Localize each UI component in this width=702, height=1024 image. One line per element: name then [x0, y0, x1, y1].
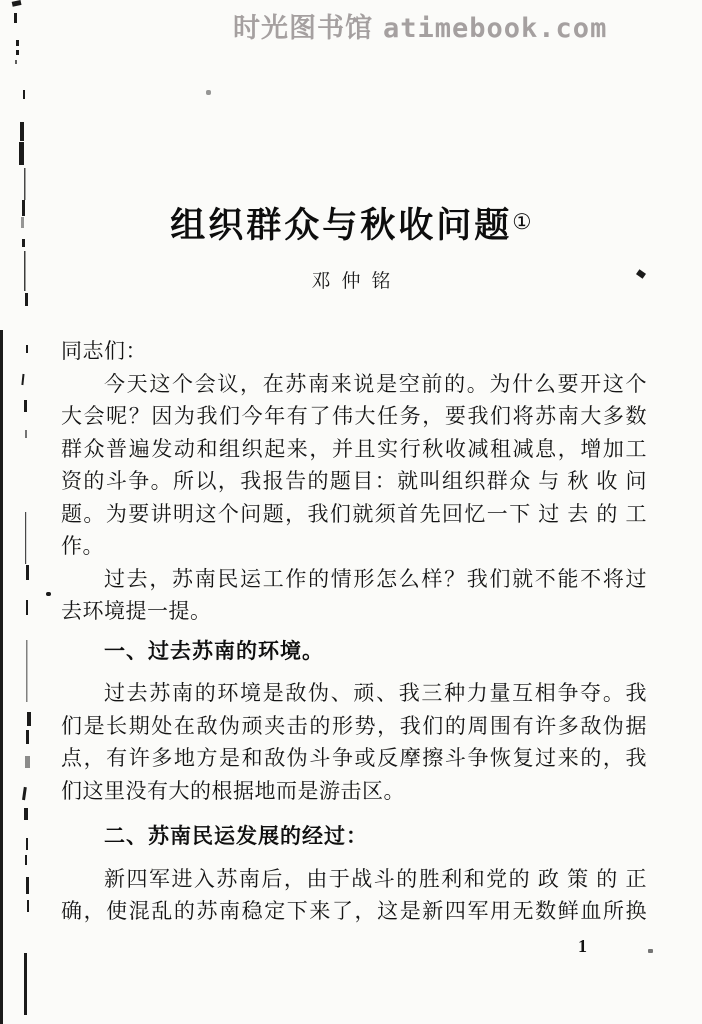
watermark: 时光图书馆atimebook.com [233, 6, 607, 45]
scanned-book-page: 时光图书馆atimebook.com 组织群众与秋收问题① 邓仲铭 同志们： 今… [0, 0, 702, 1024]
text-line: 们是长期处在敌伪顽夹击的形势，我们的周围有许多敌伪据 [61, 710, 647, 743]
page-number: 1 [578, 936, 587, 957]
watermark-site-url: atimebook.com [383, 13, 607, 44]
title-text: 组织群众与秋收问题 [170, 206, 512, 245]
text-line: 题。为要讲明这个问题，我们就须首先回忆一下 过 去 的 工 [61, 498, 647, 531]
body-text: 同志们： 今天这个会议，在苏南来说是空前的。为什么要开这个 大会呢？因为我们今年… [61, 335, 647, 928]
text-line: 过去苏南的环境是敌伪、顽、我三种力量互相争夺。我 [61, 677, 647, 710]
text-line: 点，有许多地方是和敌伪斗争或反摩擦斗争恢复过来的，我 [61, 742, 647, 775]
section-heading-1: 一、过去苏南的环境。 [104, 636, 647, 669]
text-line: 资的斗争。所以，我报告的题目：就叫组织群众 与 秋 收 问 [61, 465, 647, 498]
text-line: 过去，苏南民运工作的情形怎么样？我们就不能不将过 [61, 563, 647, 596]
watermark-site-name: 时光图书馆 [233, 13, 373, 44]
salutation-line: 同志们： [61, 335, 647, 368]
text-line: 确，使混乱的苏南稳定下来了，这是新四军用无数鲜血所换 [61, 895, 647, 928]
footnote-marker: ① [512, 210, 531, 234]
text-line: 作。 [61, 530, 647, 563]
text-line: 大会呢？因为我们今年有了伟大任务，要我们将苏南大多数 [61, 400, 647, 433]
text-line: 们这里没有大的根据地而是游击区。 [61, 775, 647, 808]
text-line: 群众普遍发动和组织起来，并且实行秋收减租减息，增加工 [61, 433, 647, 466]
text-line: 新四军进入苏南后，由于战斗的胜利和党的 政 策 的 正 [61, 863, 647, 896]
page-title: 组织群众与秋收问题① [0, 198, 702, 248]
text-line: 今天这个会议，在苏南来说是空前的。为什么要开这个 [61, 368, 647, 401]
section-heading-2: 二、苏南民运发展的经过： [104, 821, 647, 854]
author-name: 邓仲铭 [0, 266, 702, 293]
text-line: 去环境提一提。 [61, 595, 647, 628]
